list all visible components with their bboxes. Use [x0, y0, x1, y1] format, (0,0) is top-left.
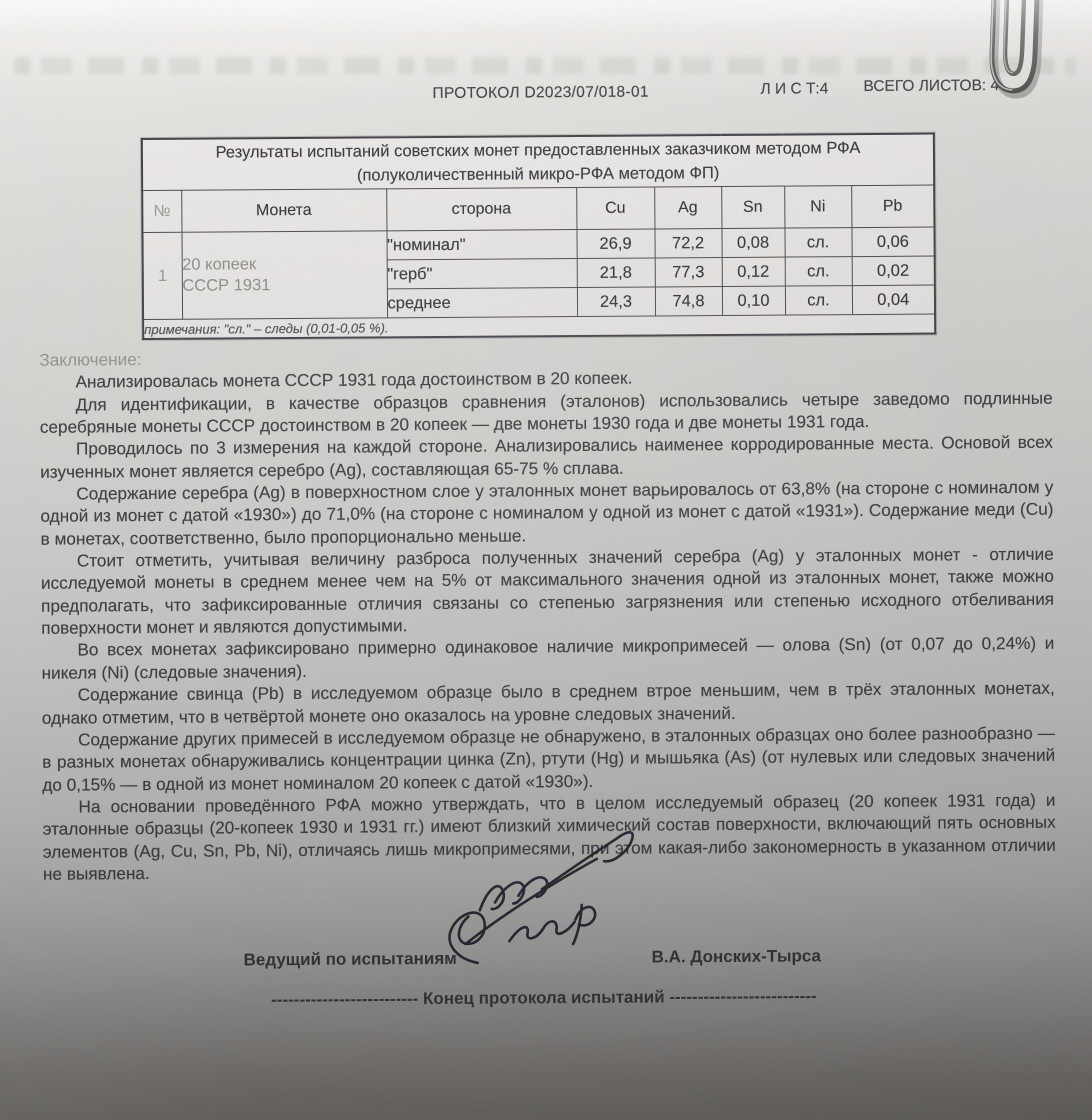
col-header-side: сторона	[386, 188, 576, 231]
col-header-ni: Ni	[784, 186, 851, 228]
conclusion-paragraph: Проводилось по 3 измерения на каждой сто…	[40, 431, 1053, 483]
protocol-number: ПРОТОКОЛ D2023/07/018-01	[432, 84, 648, 104]
conclusion-paragraph: Содержание других примесей в исследуемом…	[42, 722, 1055, 796]
pb-value: 0,02	[852, 256, 935, 286]
conclusion-paragraph: Во всех монетах зафиксировано примерно о…	[41, 632, 1054, 684]
table-title-row: Результаты испытаний советских монет пре…	[142, 134, 934, 191]
ni-value: сл.	[784, 228, 851, 257]
ni-value: сл.	[785, 257, 852, 286]
signer-role: Ведущий по испытаниям	[244, 949, 457, 970]
conclusion-paragraph: Стоит отметить, учитывая величину разбро…	[41, 543, 1055, 639]
table-note: примечания: "сл." – следы (0,01-0,05 %).	[143, 314, 935, 339]
sheet-number: Л И С Т:4	[760, 80, 828, 98]
col-header-coin: Монета	[181, 189, 386, 232]
table-title: Результаты испытаний советских монет пре…	[142, 134, 934, 191]
col-header-cu: Cu	[576, 187, 654, 230]
ni-value: сл.	[785, 286, 852, 315]
conclusion-section: Заключение: Анализировалась монета СССР …	[39, 342, 1056, 885]
cu-value: 26,9	[576, 229, 654, 259]
table-note-row: примечания: "сл." – следы (0,01-0,05 %).	[143, 314, 935, 339]
sn-value: 0,10	[722, 286, 785, 315]
col-header-sn: Sn	[721, 186, 784, 228]
cu-value: 24,3	[577, 287, 655, 317]
conclusion-paragraph: Содержание серебра (Ag) в поверхностном …	[40, 476, 1053, 550]
ag-value: 72,2	[654, 229, 721, 258]
row-number-cell: 1	[142, 232, 182, 319]
sn-value: 0,08	[721, 228, 784, 257]
results-table: Результаты испытаний советских монет пре…	[141, 133, 937, 341]
ag-value: 74,8	[655, 287, 722, 316]
signer-name: В.А. Донских-Тырса	[651, 946, 821, 967]
sn-value: 0,12	[722, 257, 785, 286]
end-of-protocol-line: -------------------------- Конец протоко…	[4, 984, 1084, 1012]
conclusion-paragraph: Для идентификации, в качестве образцов с…	[40, 386, 1053, 438]
table-header-row: № Монета сторона Cu Ag Sn Ni Pb	[142, 185, 934, 233]
paperclip	[974, 0, 1062, 117]
side-cell: среднее	[387, 288, 577, 318]
ag-value: 77,3	[655, 258, 722, 287]
scanned-protocol-page: ПРОТОКОЛ D2023/07/018-01 Л И С Т:4 ВСЕГО…	[0, 0, 1092, 1120]
page-header: ПРОТОКОЛ D2023/07/018-01 Л И С Т:4 ВСЕГО…	[0, 78, 1090, 108]
conclusion-paragraph: Содержание свинца (Pb) в исследуемом обр…	[42, 677, 1055, 729]
cu-value: 21,8	[577, 258, 655, 288]
side-cell: "номинал"	[386, 230, 576, 260]
pb-value: 0,04	[852, 285, 935, 315]
col-header-num: №	[142, 190, 181, 232]
col-header-ag: Ag	[654, 187, 721, 229]
coin-cell: 20 копеек СССР 1931	[181, 231, 387, 319]
pb-value: 0,06	[851, 227, 934, 257]
col-header-pb: Pb	[851, 185, 934, 228]
side-cell: "герб"	[387, 259, 577, 289]
